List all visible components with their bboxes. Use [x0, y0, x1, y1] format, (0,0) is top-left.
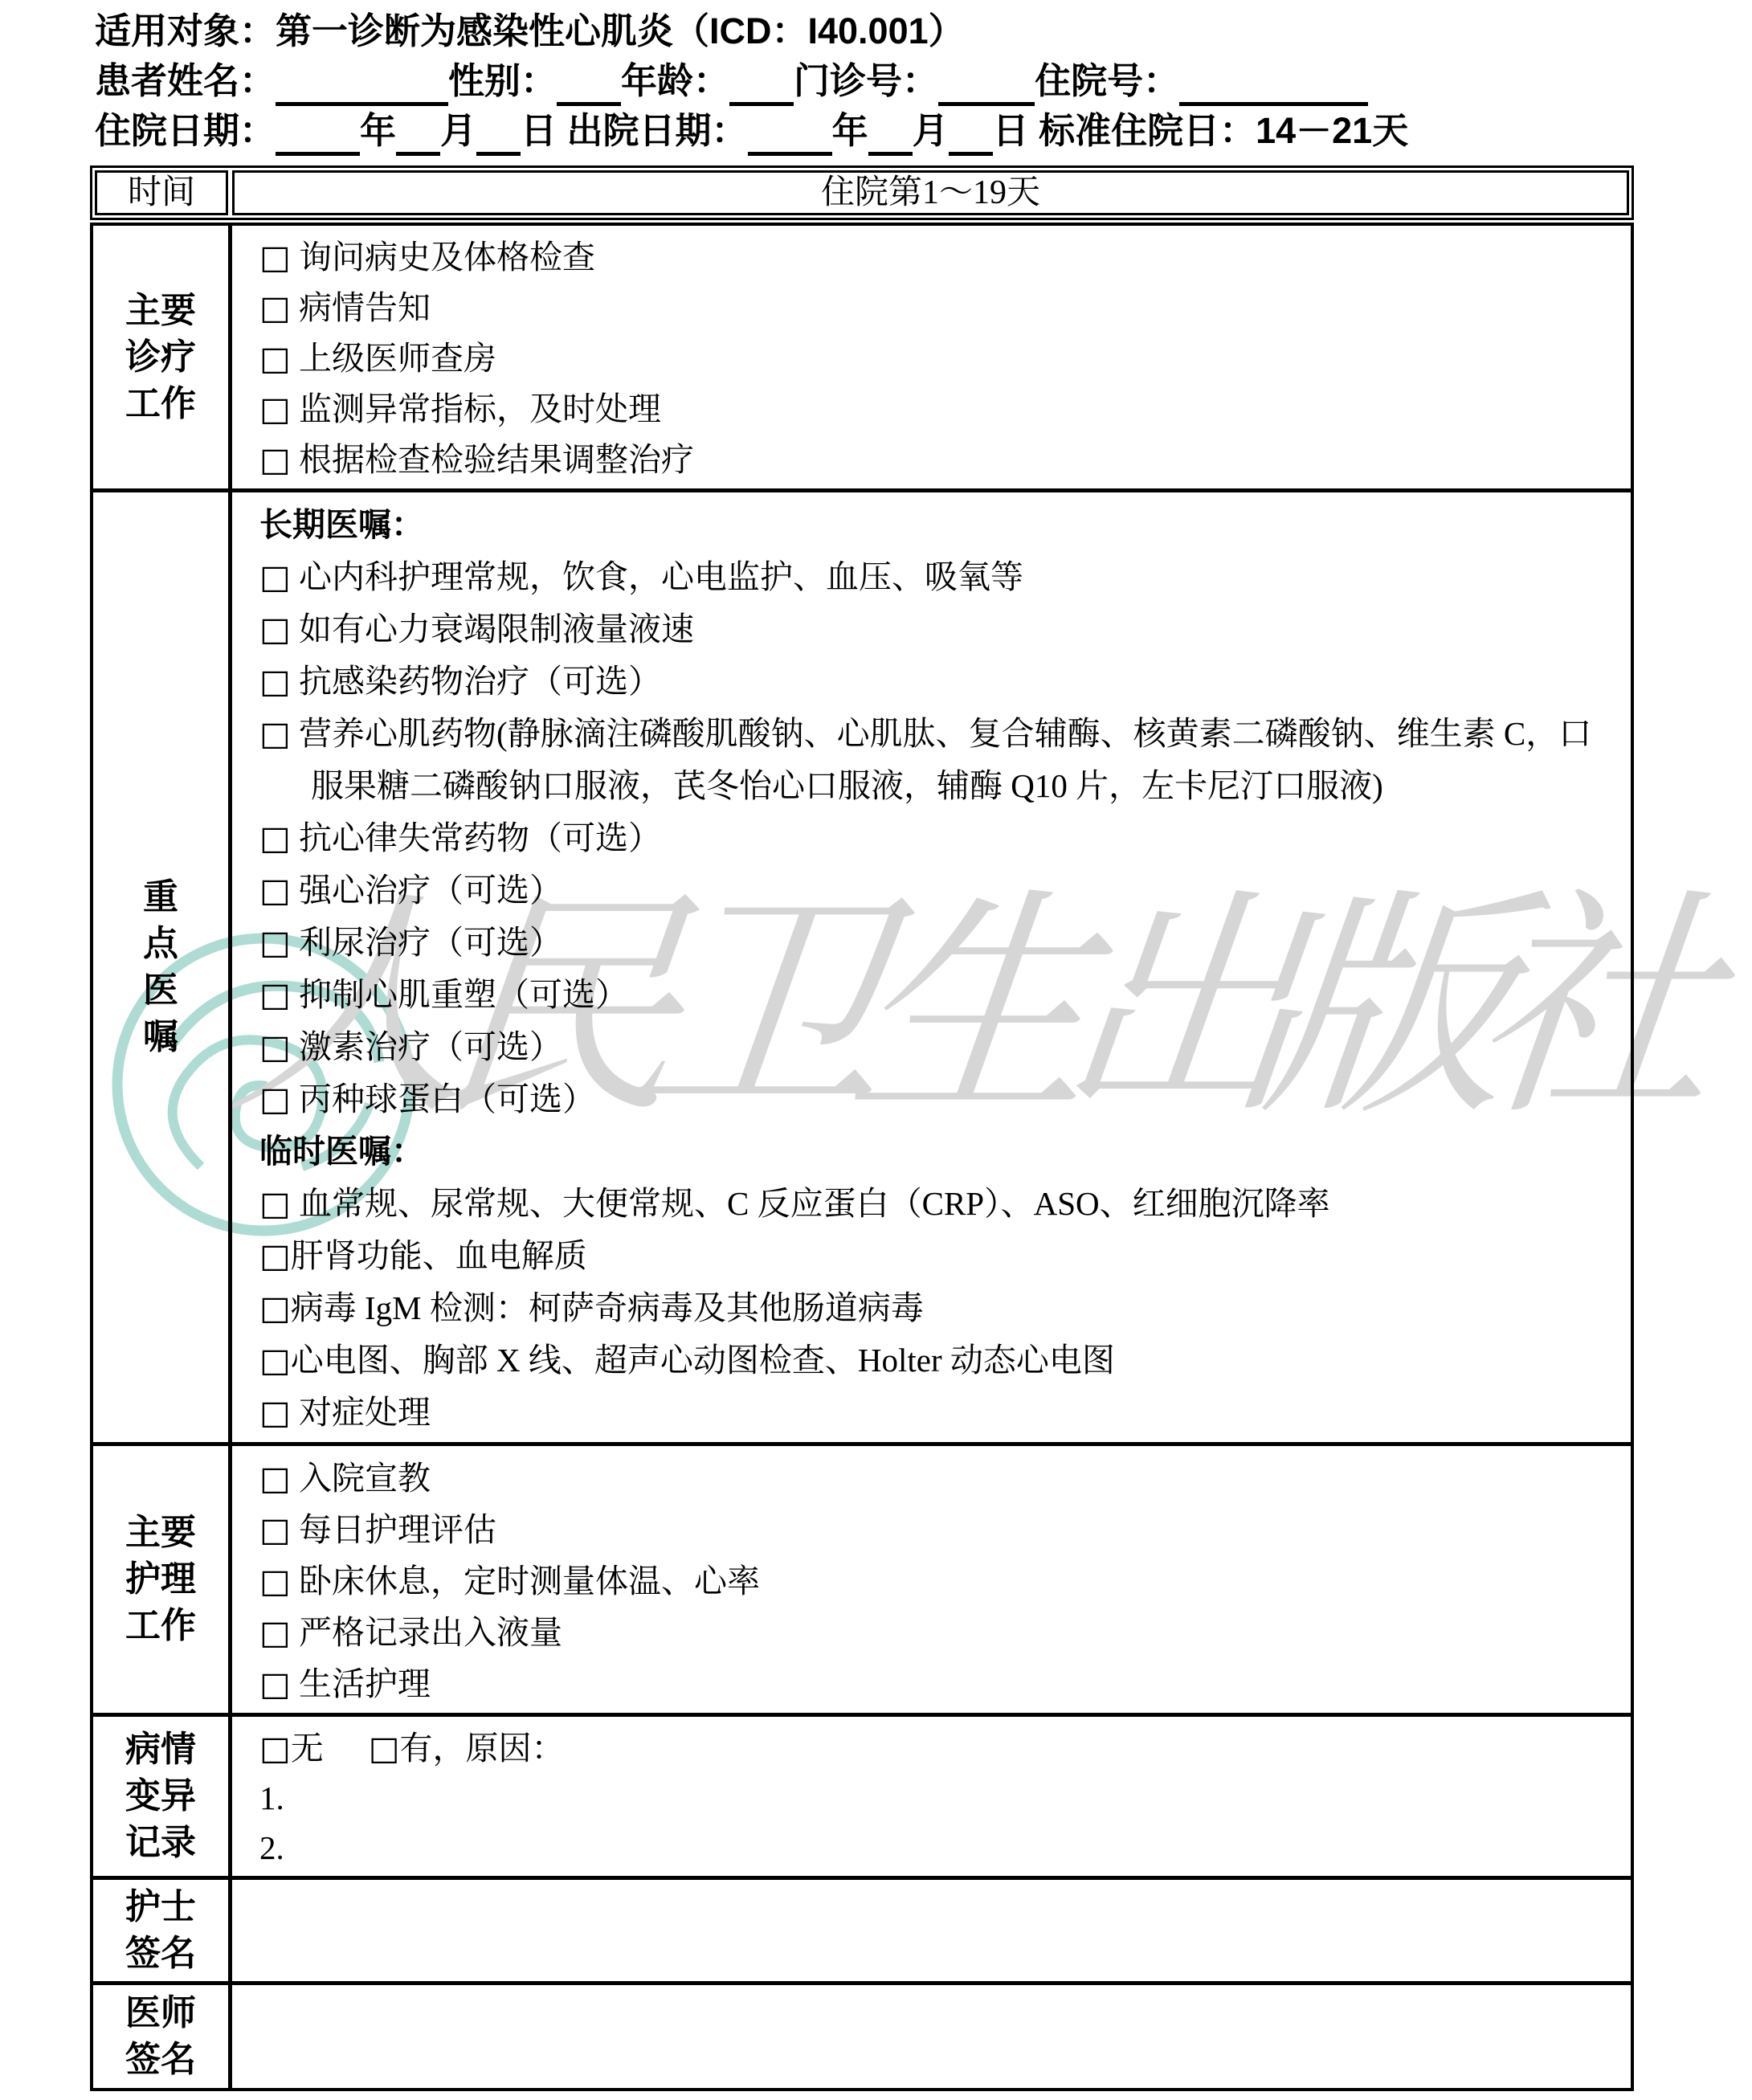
- table-row: 病情变异记录□无□有，原因：1.2.: [93, 1713, 1631, 1876]
- row-content: □ 询问病史及体格检查□ 病情告知□ 上级医师查房□ 监测异常指标，及时处理□ …: [232, 226, 1631, 488]
- checklist-item: □ 上级医师查房: [259, 333, 1611, 384]
- blank-underline: [938, 67, 1035, 106]
- numbered-blank-line: 1.: [259, 1773, 1611, 1823]
- table-header-row: 时间 住院第1～19天: [90, 165, 1634, 220]
- row-content: 长期医嘱：□ 心内科护理常规，饮食，心电监护、血压、吸氧等□ 如有心力衰竭限制液…: [232, 492, 1631, 1442]
- checklist-item: □ 卧床休息，定时测量体温、心率: [259, 1555, 1611, 1607]
- row-label-line: 点: [143, 921, 178, 967]
- checkbox-icon: □: [259, 1080, 291, 1118]
- row-label-line: 签名: [125, 1930, 196, 1977]
- checklist-item: □ 询问病史及体格检查: [259, 232, 1611, 283]
- blank-underline: [949, 116, 993, 156]
- blank-underline: [1179, 67, 1368, 106]
- row-content: □无□有，原因：1.2.: [232, 1717, 1631, 1876]
- checklist-item: □ 抗感染药物治疗（可选）: [259, 656, 1611, 708]
- table-row: 主要护理工作□ 入院宣教□ 每日护理评估□ 卧床休息，定时测量体温、心率□ 严格…: [93, 1442, 1631, 1713]
- checklist-item: □病毒 IgM 检测：柯萨奇病毒及其他肠道病毒: [259, 1282, 1611, 1334]
- checkbox-icon: □: [259, 390, 291, 428]
- checkbox-icon: □: [259, 923, 291, 962]
- numbered-blank-line: 2.: [259, 1823, 1611, 1873]
- row-label: 病情变异记录: [93, 1717, 232, 1876]
- checkbox-icon: □: [259, 975, 291, 1014]
- variation-option: □有，原因：: [369, 1730, 565, 1767]
- checkbox-icon: □: [259, 288, 291, 327]
- checklist-item: □ 血常规、尿常规、大便常规、C 反应蛋白（CRP）、ASO、红细胞沉降率: [259, 1178, 1611, 1230]
- header-text: 月: [440, 110, 476, 151]
- checkbox-icon: □: [259, 1510, 291, 1549]
- hospital-day-column-header: 住院第1～19天: [232, 170, 1629, 215]
- checkbox-icon: □: [369, 1729, 400, 1767]
- row-label: 医师签名: [93, 1985, 232, 2088]
- checkbox-icon: □: [259, 1393, 291, 1432]
- variation-options: □无□有，原因：: [259, 1723, 1611, 1773]
- checkbox-icon: □: [259, 1184, 291, 1223]
- row-content: [232, 1880, 1631, 1981]
- blank-underline: [276, 67, 448, 106]
- checkbox-icon: □: [259, 1729, 291, 1767]
- checklist-item: □ 每日护理评估: [259, 1504, 1611, 1555]
- checkbox-icon: □: [259, 558, 291, 596]
- row-content: [232, 1985, 1631, 2088]
- checkbox-icon: □: [259, 714, 291, 753]
- row-label-line: 医: [143, 967, 178, 1014]
- variation-option: □无: [259, 1730, 324, 1767]
- header-text: 年龄：: [621, 60, 729, 101]
- row-content: □ 入院宣教□ 每日护理评估□ 卧床休息，定时测量体温、心率□ 严格记录出入液量…: [232, 1446, 1631, 1713]
- header-text: 年: [360, 110, 396, 151]
- row-label-line: 护理: [125, 1556, 196, 1603]
- clinical-pathway-table: 时间 住院第1～19天 主要诊疗工作□ 询问病史及体格检查□ 病情告知□ 上级医…: [90, 165, 1634, 2091]
- checkbox-icon: □: [259, 238, 291, 276]
- row-label-line: 病情: [125, 1726, 196, 1773]
- order-group-heading: 临时医嘱：: [259, 1126, 1611, 1178]
- checklist-item: □心电图、胸部 X 线、超声心动图检查、Holter 动态心电图: [259, 1334, 1611, 1387]
- clinical-pathway-scan-page: 人民卫生出版社 适用对象：第一诊断为感染性心肌炎（ICD：I40.001） 患者…: [0, 0, 1752, 2100]
- row-label-line: 工作: [125, 381, 196, 427]
- checkbox-icon: □: [259, 1613, 291, 1652]
- header-text: 住院日期：: [95, 110, 276, 151]
- table-row: 护士签名: [93, 1876, 1631, 1981]
- row-label-line: 主要: [125, 1510, 196, 1556]
- checkbox-icon: □: [259, 871, 291, 909]
- checkbox-icon: □: [259, 662, 291, 701]
- checkbox-icon: □: [259, 610, 291, 648]
- row-label-line: 嘱: [143, 1014, 178, 1060]
- checklist-item: □ 根据检查检验结果调整治疗: [259, 435, 1611, 485]
- row-label: 重点医嘱: [93, 492, 232, 1442]
- checkbox-icon: □: [259, 1665, 291, 1703]
- time-column-header: 时间: [95, 170, 228, 215]
- checkbox-icon: □: [259, 1028, 291, 1066]
- header-text: 性别：: [448, 60, 557, 101]
- row-label-line: 主要: [125, 288, 196, 334]
- checkbox-icon: □: [259, 339, 291, 378]
- header-text: 月: [913, 110, 949, 151]
- checklist-item: □ 生活护理: [259, 1658, 1611, 1710]
- checklist-item: □ 如有心力衰竭限制液量液速: [259, 603, 1611, 656]
- checkbox-icon: □: [259, 819, 291, 857]
- table-row: 主要诊疗工作□ 询问病史及体格检查□ 病情告知□ 上级医师查房□ 监测异常指标，…: [93, 226, 1631, 488]
- checkbox-icon: □: [259, 1562, 291, 1600]
- row-label-line: 医师: [125, 1990, 196, 2037]
- blank-underline: [868, 116, 913, 156]
- checklist-item: □ 抑制心肌重塑（可选）: [259, 969, 1611, 1021]
- checklist-item: □ 病情告知: [259, 283, 1611, 333]
- row-label-line: 护士: [125, 1884, 196, 1930]
- table-row: 重点医嘱长期医嘱：□ 心内科护理常规，饮食，心电监护、血压、吸氧等□ 如有心力衰…: [93, 488, 1631, 1442]
- row-label-line: 诊疗: [125, 334, 196, 381]
- checklist-item: □ 营养心肌药物(静脉滴注磷酸肌酸钠、心肌肽、复合辅酶、核黄素二磷酸钠、维生素 …: [259, 708, 1611, 812]
- header-text: 年: [832, 110, 868, 151]
- row-label-line: 变异: [125, 1773, 196, 1820]
- checklist-item: □ 利尿治疗（可选）: [259, 917, 1611, 969]
- blank-underline: [748, 116, 832, 156]
- blank-underline: [476, 116, 521, 156]
- checklist-item: □肝肾功能、血电解质: [259, 1230, 1611, 1282]
- checklist-item: □ 监测异常指标，及时处理: [259, 384, 1611, 435]
- header-text: 患者姓名：: [95, 60, 276, 101]
- table-body: 主要诊疗工作□ 询问病史及体格检查□ 病情告知□ 上级医师查房□ 监测异常指标，…: [90, 223, 1634, 2091]
- header-text: 门诊号：: [794, 60, 938, 101]
- checklist-item: □ 丙种球蛋白（可选）: [259, 1073, 1611, 1126]
- checkbox-icon: □: [259, 1341, 291, 1379]
- admission-dates-line: 住院日期：年月日 出院日期：年月日 标准住院日：14－21天: [95, 106, 1408, 156]
- checkbox-icon: □: [259, 440, 291, 479]
- checklist-item: □ 严格记录出入液量: [259, 1607, 1611, 1658]
- header-text: 日 标准住院日：14－21天: [993, 110, 1409, 151]
- blank-underline: [557, 67, 621, 106]
- checklist-item: □ 激素治疗（可选）: [259, 1021, 1611, 1073]
- checklist-item: □ 对症处理: [259, 1387, 1611, 1439]
- patient-info-line: 患者姓名：性别：年龄：门诊号：住院号：: [95, 56, 1408, 106]
- blank-underline: [396, 116, 440, 156]
- checklist-item: □ 强心治疗（可选）: [259, 864, 1611, 917]
- row-label-line: 签名: [125, 2037, 196, 2083]
- row-label-line: 记录: [125, 1820, 196, 1866]
- blank-underline: [729, 67, 794, 106]
- table-row: 医师签名: [93, 1981, 1631, 2088]
- row-label-line: 工作: [125, 1603, 196, 1649]
- order-group-heading: 长期医嘱：: [259, 499, 1611, 551]
- checklist-item: □ 入院宣教: [259, 1452, 1611, 1504]
- applicable-target-line: 适用对象：第一诊断为感染性心肌炎（ICD：I40.001）: [95, 6, 1408, 56]
- checklist-item: □ 抗心律失常药物（可选）: [259, 812, 1611, 864]
- row-label: 主要诊疗工作: [93, 226, 232, 488]
- checkbox-icon: □: [259, 1289, 291, 1327]
- blank-underline: [276, 116, 360, 156]
- checkbox-icon: □: [259, 1236, 291, 1275]
- header-text: 日 出院日期：: [521, 110, 748, 151]
- checklist-item: □ 心内科护理常规，饮食，心电监护、血压、吸氧等: [259, 551, 1611, 603]
- row-label: 主要护理工作: [93, 1446, 232, 1713]
- row-label-line: 重: [143, 874, 178, 921]
- checkbox-icon: □: [259, 1459, 291, 1497]
- document-header: 适用对象：第一诊断为感染性心肌炎（ICD：I40.001） 患者姓名：性别：年龄…: [95, 6, 1408, 156]
- row-label: 护士签名: [93, 1880, 232, 1981]
- header-text: 住院号：: [1035, 60, 1179, 101]
